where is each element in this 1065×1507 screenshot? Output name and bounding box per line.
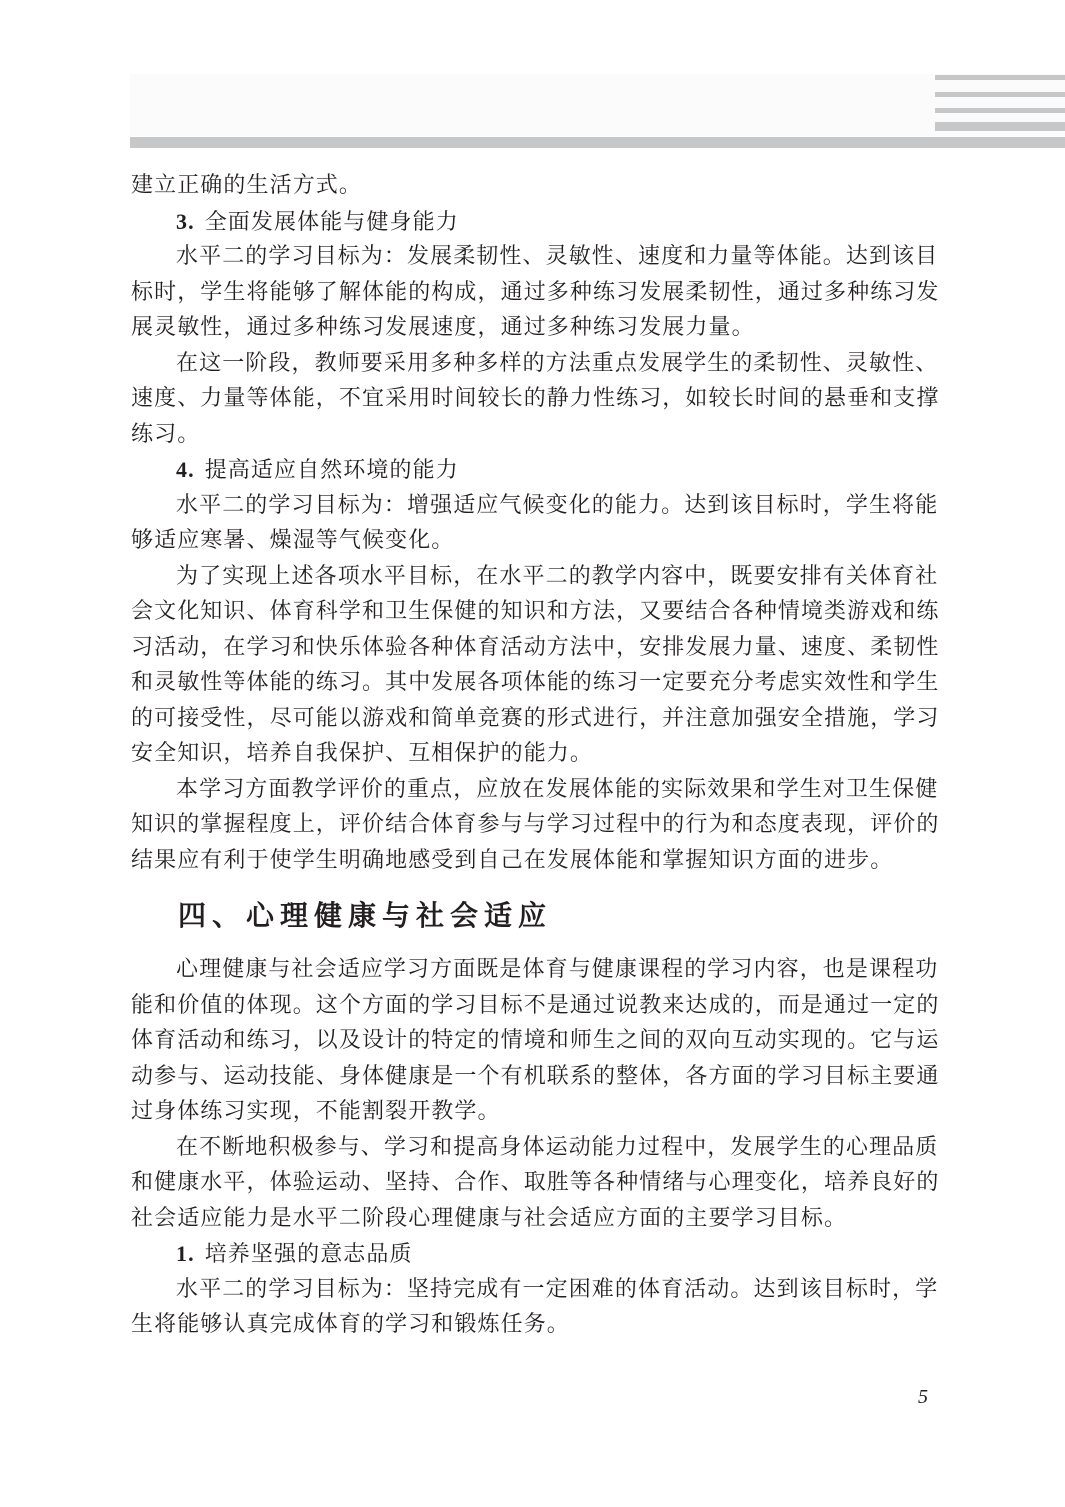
body-text-line: 会文化知识、体育科学和卫生保健的知识和方法，又要结合各种情境类游戏和练 (131, 594, 941, 630)
subheading-3: 3.全面发展体能与健身能力 (131, 204, 941, 240)
subheading-1: 1.培养坚强的意志品质 (131, 1236, 941, 1272)
body-text-line: 速度、力量等体能，不宜采用时间较长的静力性练习，如较长时间的悬垂和支撑 (131, 381, 941, 417)
paragraph: 水平二的学习目标为：增强适应气候变化的能力。达到该目标时，学生将能 够适应寒暑、… (131, 488, 941, 559)
body-text-line: 安全知识，培养自我保护、互相保护的能力。 (131, 736, 941, 772)
paragraph: 心理健康与社会适应学习方面既是体育与健康课程的学习内容，也是课程功 能和价值的体… (131, 952, 941, 1130)
paragraph: 为了实现上述各项水平目标，在水平二的教学内容中，既要安排有关体育社 会文化知识、… (131, 559, 941, 772)
body-text-line: 练习。 (131, 417, 941, 453)
paragraph: 本学习方面教学评价的重点，应放在发展体能的实际效果和学生对卫生保健 知识的掌握程… (131, 772, 941, 879)
body-text-line: 展灵敏性，通过多种练习发展速度，通过多种练习发展力量。 (131, 310, 941, 346)
body-text-line: 体育活动和练习，以及设计的特定的情境和师生之间的双向互动实现的。它与运 (131, 1023, 941, 1059)
header-rule (130, 137, 1065, 148)
page-number: 5 (918, 1386, 928, 1409)
subheading-number: 4. (176, 457, 195, 482)
body-text-line: 水平二的学习目标为：发展柔韧性、灵敏性、速度和力量等体能。达到该目 (131, 239, 941, 275)
page-body: 建立正确的生活方式。 3.全面发展体能与健身能力 水平二的学习目标为：发展柔韧性… (131, 168, 941, 1343)
body-text-line: 标时，学生将能够了解体能的构成，通过多种练习发展柔韧性，通过多种练习发 (131, 275, 941, 311)
body-text-line: 习活动，在学习和快乐体验各种体育活动方法中，安排发展力量、速度、柔韧性 (131, 630, 941, 666)
header-stripe (935, 108, 1065, 113)
body-text-line: 水平二的学习目标为：增强适应气候变化的能力。达到该目标时，学生将能 (131, 488, 941, 524)
subheading-number: 3. (176, 209, 195, 234)
body-text-line: 和健康水平，体验运动、坚持、合作、取胜等各种情绪与心理变化，培养良好的 (131, 1165, 941, 1201)
subheading-text: 培养坚强的意志品质 (205, 1242, 413, 1267)
body-text-line: 知识的掌握程度上，评价结合体育参与与学习过程中的行为和态度表现，评价的 (131, 807, 941, 843)
body-text-line: 水平二的学习目标为：坚持完成有一定困难的体育活动。达到该目标时，学 (131, 1272, 941, 1308)
subheading-number: 1. (176, 1241, 195, 1266)
body-text-line: 为了实现上述各项水平目标，在水平二的教学内容中，既要安排有关体育社 (131, 559, 941, 595)
subheading-4: 4.提高适应自然环境的能力 (131, 452, 941, 488)
paragraph: 水平二的学习目标为：坚持完成有一定困难的体育活动。达到该目标时，学 生将能够认真… (131, 1272, 941, 1343)
body-text-line: 心理健康与社会适应学习方面既是体育与健康课程的学习内容，也是课程功 (131, 952, 941, 988)
header-stripe (935, 92, 1065, 97)
header-stripe (935, 75, 1065, 80)
paragraph: 水平二的学习目标为：发展柔韧性、灵敏性、速度和力量等体能。达到该目 标时，学生将… (131, 239, 941, 346)
header-stripe (935, 122, 1065, 131)
body-text-line: 够适应寒暑、燥湿等气候变化。 (131, 523, 941, 559)
section-title: 四、心理健康与社会适应 (131, 880, 941, 952)
body-text-line: 的可接受性，尽可能以游戏和简单竞赛的形式进行，并注意加强安全措施，学习 (131, 701, 941, 737)
body-text-line: 能和价值的体现。这个方面的学习目标不是通过说教来达成的，而是通过一定的 (131, 988, 941, 1024)
body-text-line: 和灵敏性等体能的练习。其中发展各项体能的练习一定要充分考虑实效性和学生 (131, 665, 941, 701)
body-text-line: 在不断地积极参与、学习和提高身体运动能力过程中，发展学生的心理品质 (131, 1130, 941, 1166)
body-text-line: 生将能够认真完成体育的学习和锻炼任务。 (131, 1307, 941, 1343)
body-text-line: 动参与、运动技能、身体健康是一个有机联系的整体，各方面的学习目标主要通 (131, 1059, 941, 1095)
body-text-line: 社会适应能力是水平二阶段心理健康与社会适应方面的主要学习目标。 (131, 1201, 941, 1237)
header-panel (130, 74, 1065, 136)
body-text-line: 在这一阶段，教师要采用多种多样的方法重点发展学生的柔韧性、灵敏性、 (131, 346, 941, 382)
paragraph: 在这一阶段，教师要采用多种多样的方法重点发展学生的柔韧性、灵敏性、 速度、力量等… (131, 346, 941, 453)
paragraph: 在不断地积极参与、学习和提高身体运动能力过程中，发展学生的心理品质 和健康水平，… (131, 1130, 941, 1237)
body-text-line: 建立正确的生活方式。 (131, 168, 941, 204)
body-text-line: 过身体练习实现，不能割裂开教学。 (131, 1094, 941, 1130)
subheading-text: 全面发展体能与健身能力 (205, 210, 459, 235)
body-text-line: 结果应有利于使学生明确地感受到自己在发展体能和掌握知识方面的进步。 (131, 843, 941, 879)
body-text-line: 本学习方面教学评价的重点，应放在发展体能的实际效果和学生对卫生保健 (131, 772, 941, 808)
subheading-text: 提高适应自然环境的能力 (205, 458, 459, 483)
